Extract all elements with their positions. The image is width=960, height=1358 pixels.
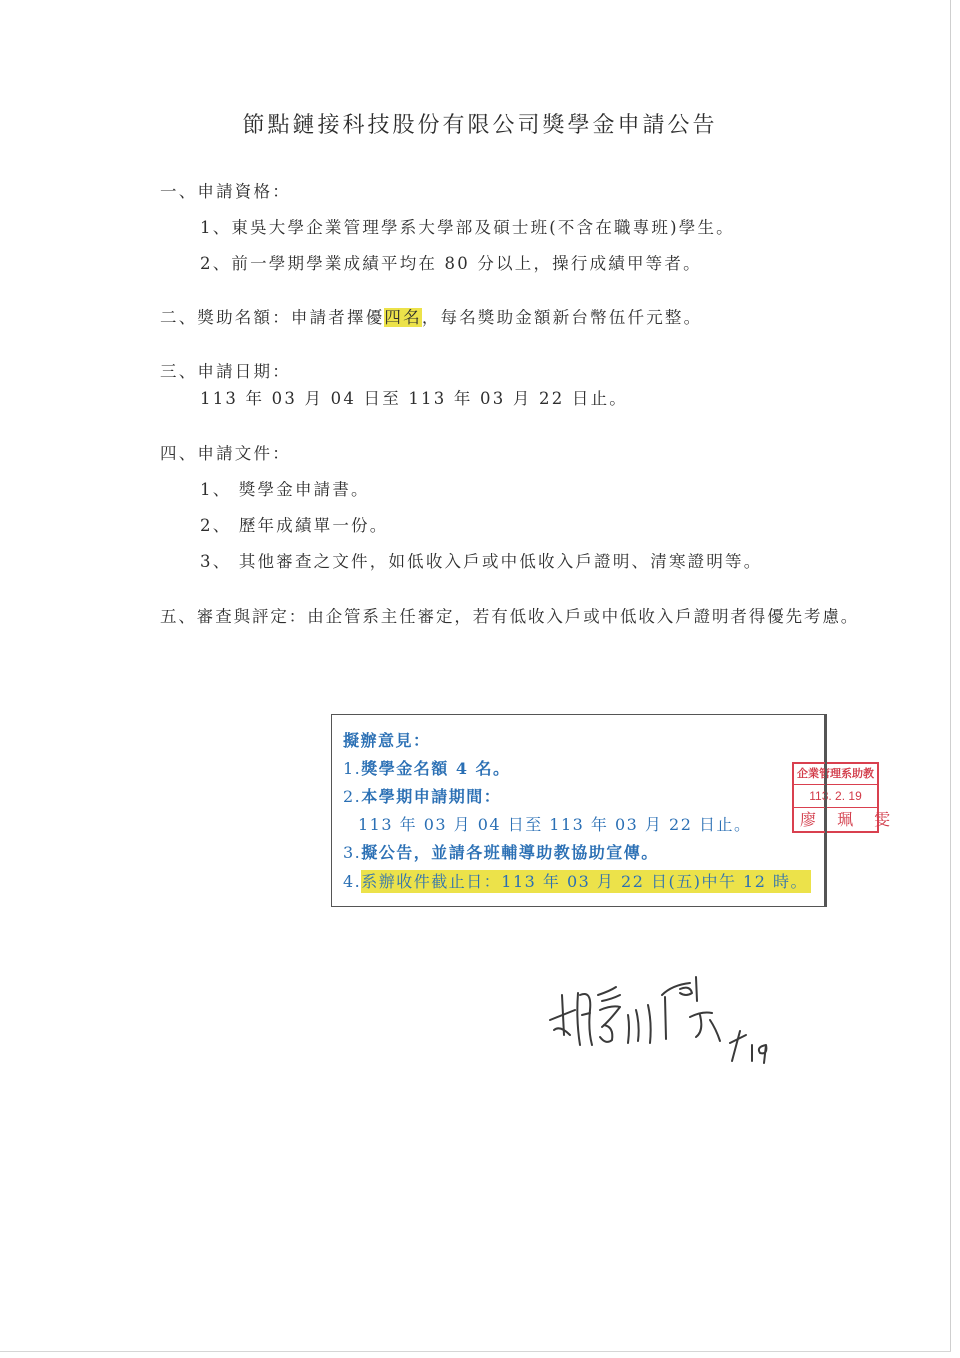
section-3-heading: 三、申請日期： [160, 358, 291, 382]
opinion-line-2-num: 2. [343, 787, 361, 806]
opinion-line-1: 1.獎學金名額 4 名。 [343, 756, 511, 779]
page-edge-bottom [0, 1351, 951, 1352]
opinion-heading: 擬辦意見： [343, 728, 431, 751]
opinion-box-right-edge [825, 714, 827, 907]
section-2-heading: 二、獎助名額：申請者擇優四名，每名獎助金額新台幣伍仟元整。 [160, 304, 702, 328]
stamp-department: 企業管理系助教 [794, 764, 877, 785]
opinion-line-2-text: 本學期申請期間： [361, 787, 501, 806]
document-title: 節點鏈接科技股份有限公司獎學金申請公告 [0, 108, 960, 139]
opinion-line-3-num: 3. [343, 843, 361, 862]
handwritten-signature-icon [540, 965, 810, 1065]
opinion-line-2: 2.本學期申請期間： [343, 784, 501, 807]
opinion-line-4: 4.系辦收件截止日：113 年 03 月 22 日(五)中午 12 時。 [343, 869, 811, 892]
page-edge-right [950, 0, 951, 1352]
section-2-prefix: 二、獎助名額：申請者擇優 [160, 308, 384, 327]
section-1-item-2: 2、前一學期學業成績平均在 80 分以上，操行成績甲等者。 [200, 250, 702, 274]
section-4-item-2: 2、 歷年成績單一份。 [200, 512, 388, 536]
opinion-line-4-num: 4. [343, 872, 361, 891]
section-5-heading: 五、審查與評定：由企管系主任審定，若有低收入戶或中低收入戶證明者得優先考慮。 [160, 603, 859, 627]
stamp-date: 113. 2. 19 [794, 786, 877, 808]
section-4-heading: 四、申請文件： [160, 440, 291, 464]
section-2-suffix: ，每名獎助金額新台幣伍仟元整。 [422, 308, 703, 327]
section-3-item-1: 113 年 03 月 04 日至 113 年 03 月 22 日止。 [200, 385, 628, 409]
opinion-line-1-text: 獎學金名額 4 名。 [361, 759, 510, 778]
section-1-heading: 一、申請資格： [160, 178, 291, 202]
section-1-item-1: 1、東吳大學企業管理學系大學部及碩士班(不含在職專班)學生。 [200, 214, 735, 238]
opinion-line-2b: 113 年 03 月 04 日至 113 年 03 月 22 日止。 [358, 812, 751, 835]
opinion-line-3-text: 擬公告，並請各班輔導助教協助宣傳。 [361, 843, 659, 862]
stamp-name: 廖 珮 雯 [794, 808, 877, 832]
approval-stamp: 企業管理系助教 113. 2. 19 廖 珮 雯 [792, 762, 879, 833]
deadline-highlight: 系辦收件截止日：113 年 03 月 22 日(五)中午 12 時。 [361, 870, 811, 893]
opinion-line-3: 3.擬公告，並請各班輔導助教協助宣傳。 [343, 840, 659, 863]
section-4-item-3: 3、 其他審查之文件，如低收入戶或中低收入戶證明、清寒證明等。 [200, 548, 762, 572]
section-4-item-1: 1、 獎學金申請書。 [200, 476, 370, 500]
quota-highlight: 四名 [384, 308, 421, 327]
opinion-line-1-num: 1. [343, 759, 361, 778]
